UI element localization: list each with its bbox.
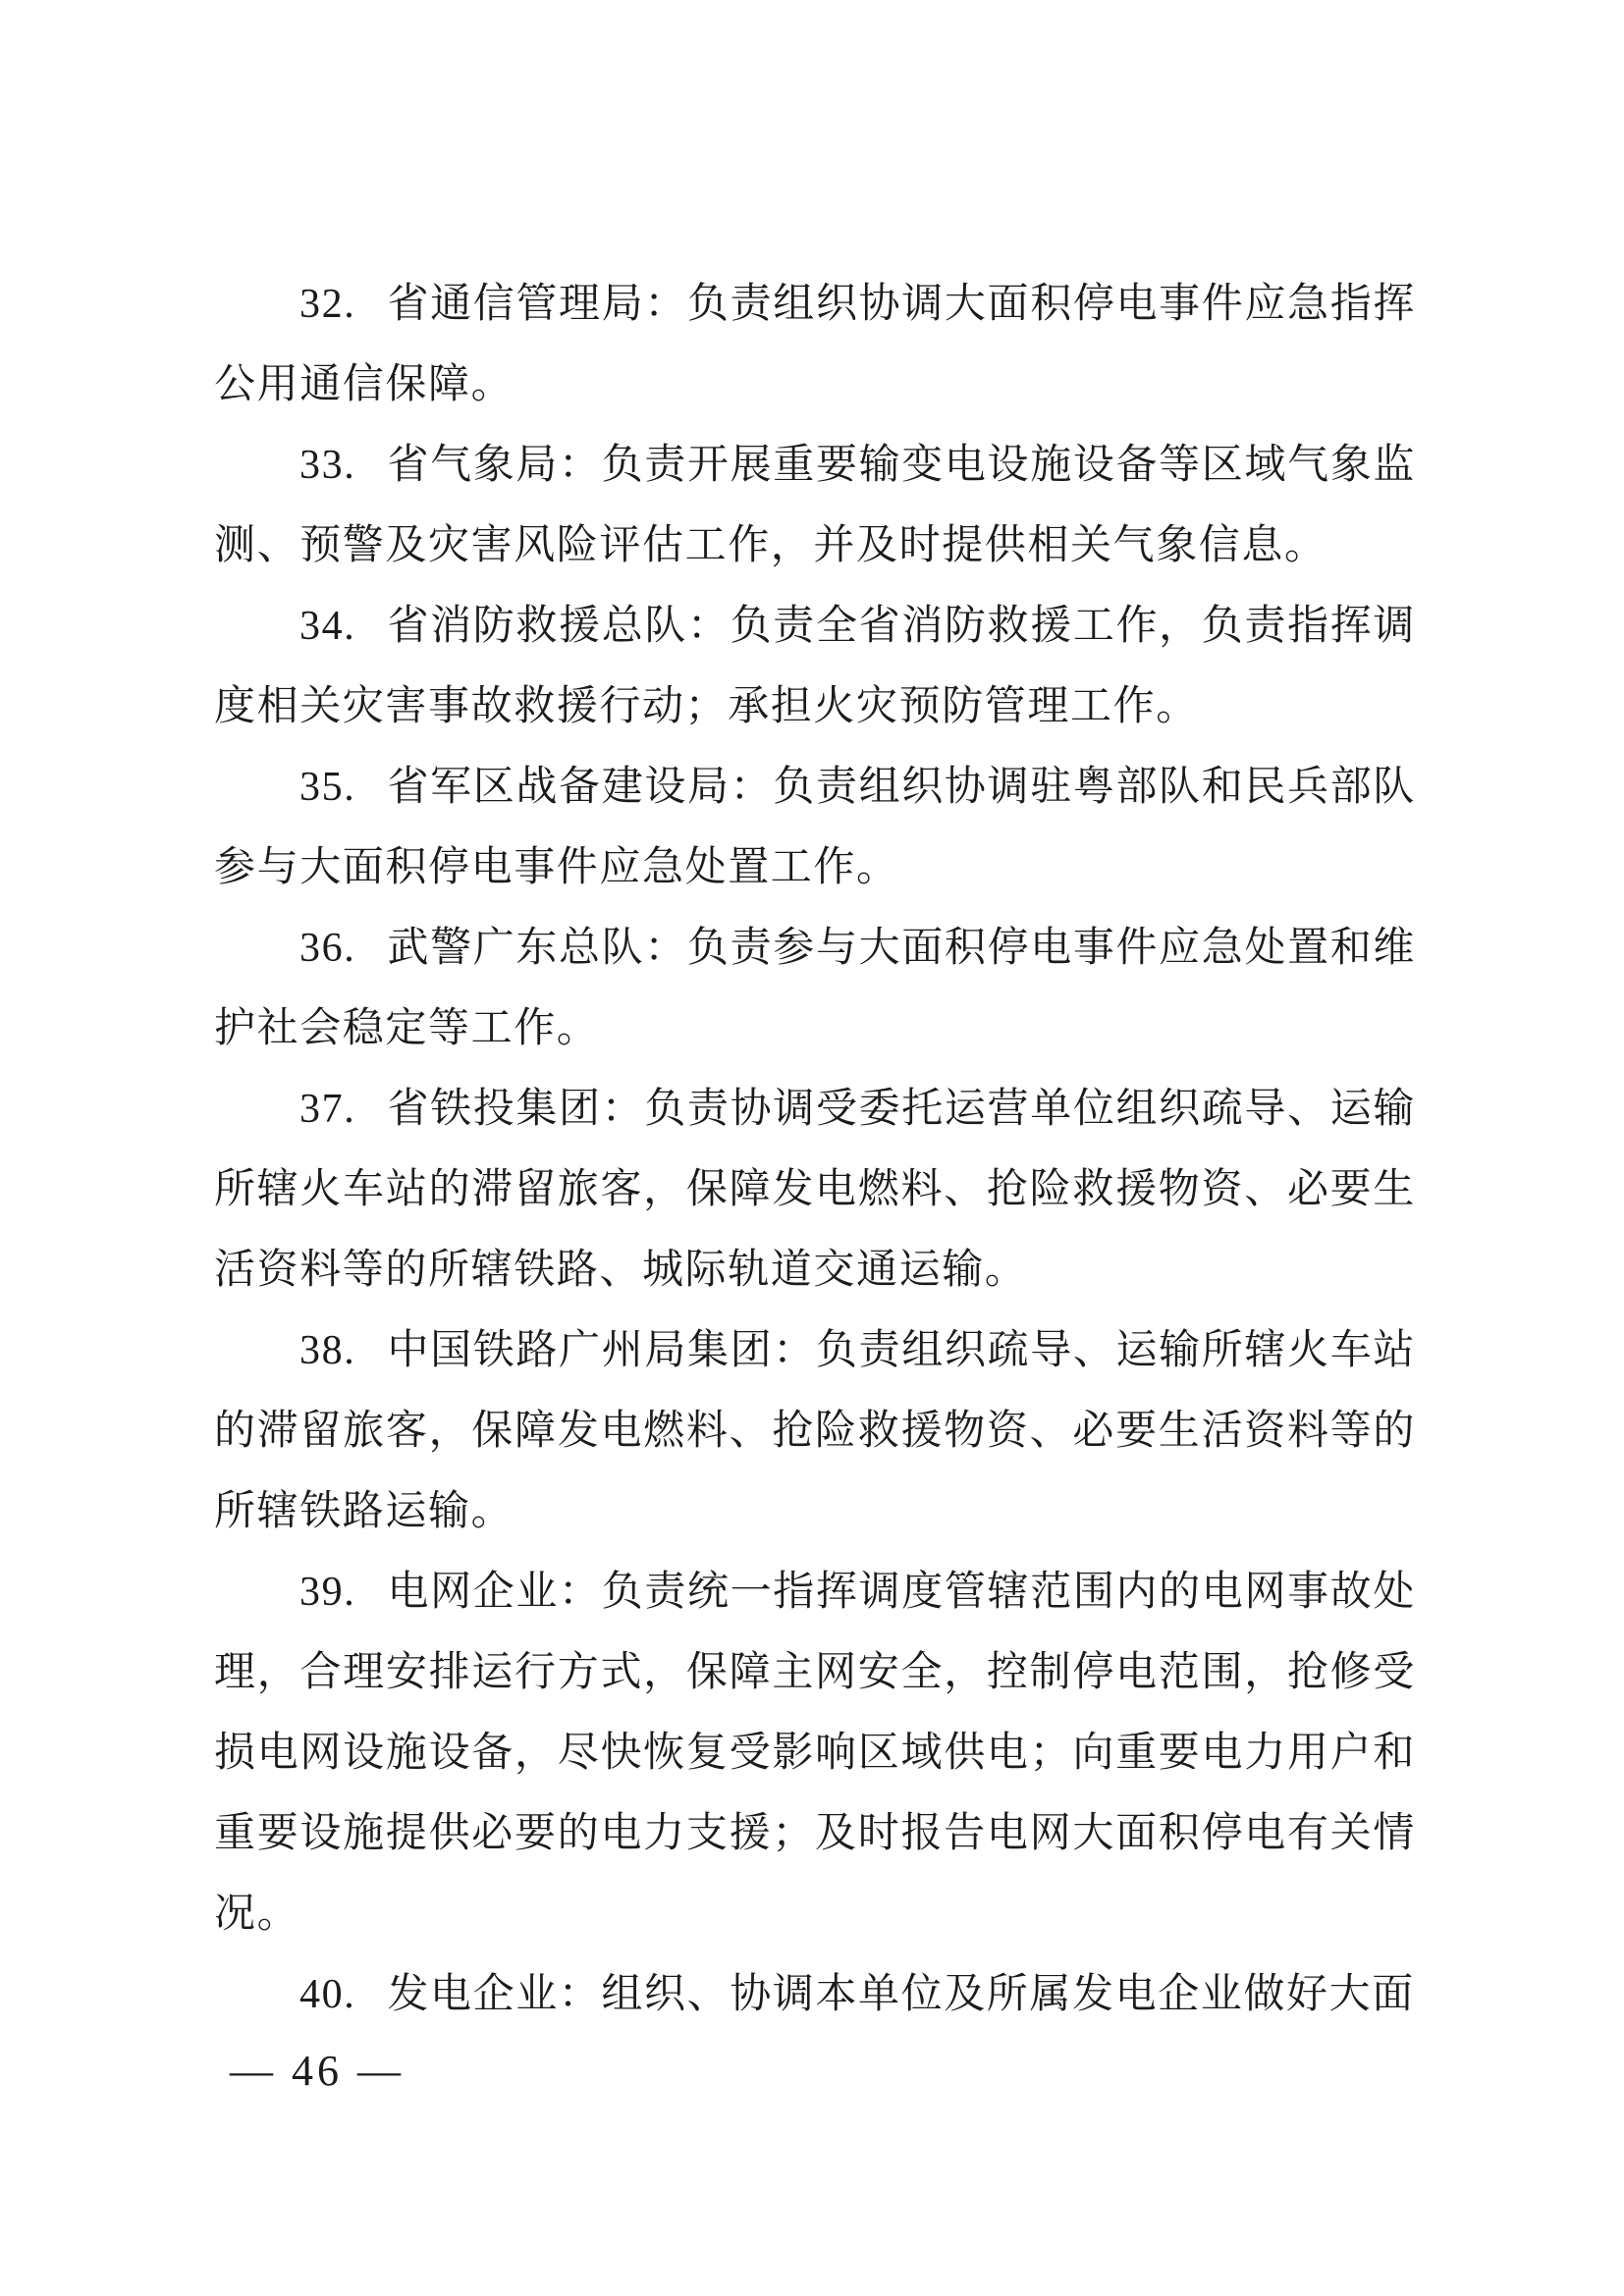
paragraph-39: 39. 电网企业：负责统一指挥调度管辖范围内的电网事故处理，合理安排运行方式，保…: [214, 1552, 1416, 1954]
paragraph-40: 40. 发电企业：组织、协调本单位及所属发电企业做好大面: [214, 1954, 1416, 2035]
page-number: — 46 —: [230, 2042, 405, 2101]
paragraph-36: 36. 武警广东总队：负责参与大面积停电事件应急处置和维护社会稳定等工作。: [214, 908, 1416, 1069]
paragraph-33: 33. 省气象局：负责开展重要输变电设施设备等区域气象监测、预警及灾害风险评估工…: [214, 425, 1416, 586]
paragraph-35: 35. 省军区战备建设局：负责组织协调驻粤部队和民兵部队参与大面积停电事件应急处…: [214, 747, 1416, 908]
paragraph-32: 32. 省通信管理局：负责组织协调大面积停电事件应急指挥公用通信保障。: [214, 264, 1416, 425]
paragraph-37: 37. 省铁投集团：负责协调受委托运营单位组织疏导、运输所辖火车站的滞留旅客，保…: [214, 1069, 1416, 1310]
document-body: 32. 省通信管理局：负责组织协调大面积停电事件应急指挥公用通信保障。 33. …: [214, 264, 1416, 2035]
paragraph-34: 34. 省消防救援总队：负责全省消防救援工作，负责指挥调度相关灾害事故救援行动；…: [214, 586, 1416, 747]
paragraph-38: 38. 中国铁路广州局集团：负责组织疏导、运输所辖火车站的滞留旅客，保障发电燃料…: [214, 1310, 1416, 1552]
document-page: 32. 省通信管理局：负责组织协调大面积停电事件应急指挥公用通信保障。 33. …: [0, 0, 1624, 2296]
